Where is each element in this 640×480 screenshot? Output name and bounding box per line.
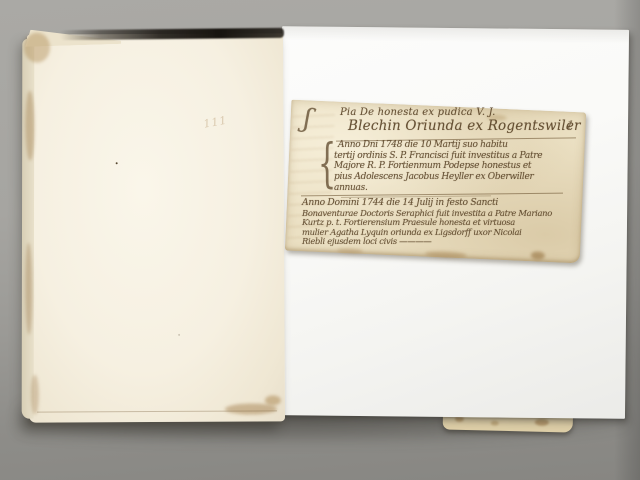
entry-1744-line: Kurtz p. t. Fortierensium Praesule hones… (302, 217, 515, 227)
entry-1748-line: Anno Dni 1748 die 10 Martij suo habitu (338, 140, 508, 150)
paper-stain (25, 243, 32, 335)
entry-1748-line: Majore R. P. Fortienmum Podepse honestus… (334, 161, 531, 171)
aged-blank-page: 111 (27, 33, 285, 422)
archival-scan: 111 ʃ Pia De honesta ex pudica V. J. Ble… (0, 0, 640, 480)
entry-1748-line: tertij ordinis S. P. Francisci fuit inve… (334, 151, 542, 161)
handwritten-note-slip: ʃ Pia De honesta ex pudica V. J. Blechin… (285, 100, 586, 264)
flourish-mark: ʃ (302, 104, 313, 135)
paper-stain (535, 419, 549, 426)
paper-stain (25, 91, 34, 161)
entry-1748-line: pius Adolescens Jacobus Heyller ex Oberw… (334, 172, 534, 182)
paper-stain (265, 395, 281, 405)
paper-stain (31, 375, 39, 415)
ink-speck (179, 334, 180, 336)
note-handwriting: ʃ Pia De honesta ex pudica V. J. Blechin… (288, 106, 583, 257)
ruled-ink-line (301, 193, 563, 197)
note-header-line2: Blechin Oriunda ex Rogentswiler (348, 118, 581, 134)
ink-speck (116, 162, 118, 164)
entry-1744-line: Anno Domini 1744 die 14 Julij in festo S… (302, 197, 498, 208)
paper-stain (24, 33, 50, 63)
entry-1744-line: Bonaventurae Doctoris Seraphici fuit inv… (302, 208, 552, 218)
paper-stain (491, 421, 499, 426)
entry-1744-line: Riebli ejusdem loci civis ———— (302, 236, 431, 246)
entry-1748-line: annuas. (334, 183, 368, 193)
entry-1744-line: mulier Agatha Lyquin oriunda ex Ligsdorf… (302, 227, 522, 237)
faint-ink-bleed-mark: 111 (202, 114, 228, 131)
note-header-line1: Pia De honesta ex pudica V. J. (340, 107, 495, 118)
